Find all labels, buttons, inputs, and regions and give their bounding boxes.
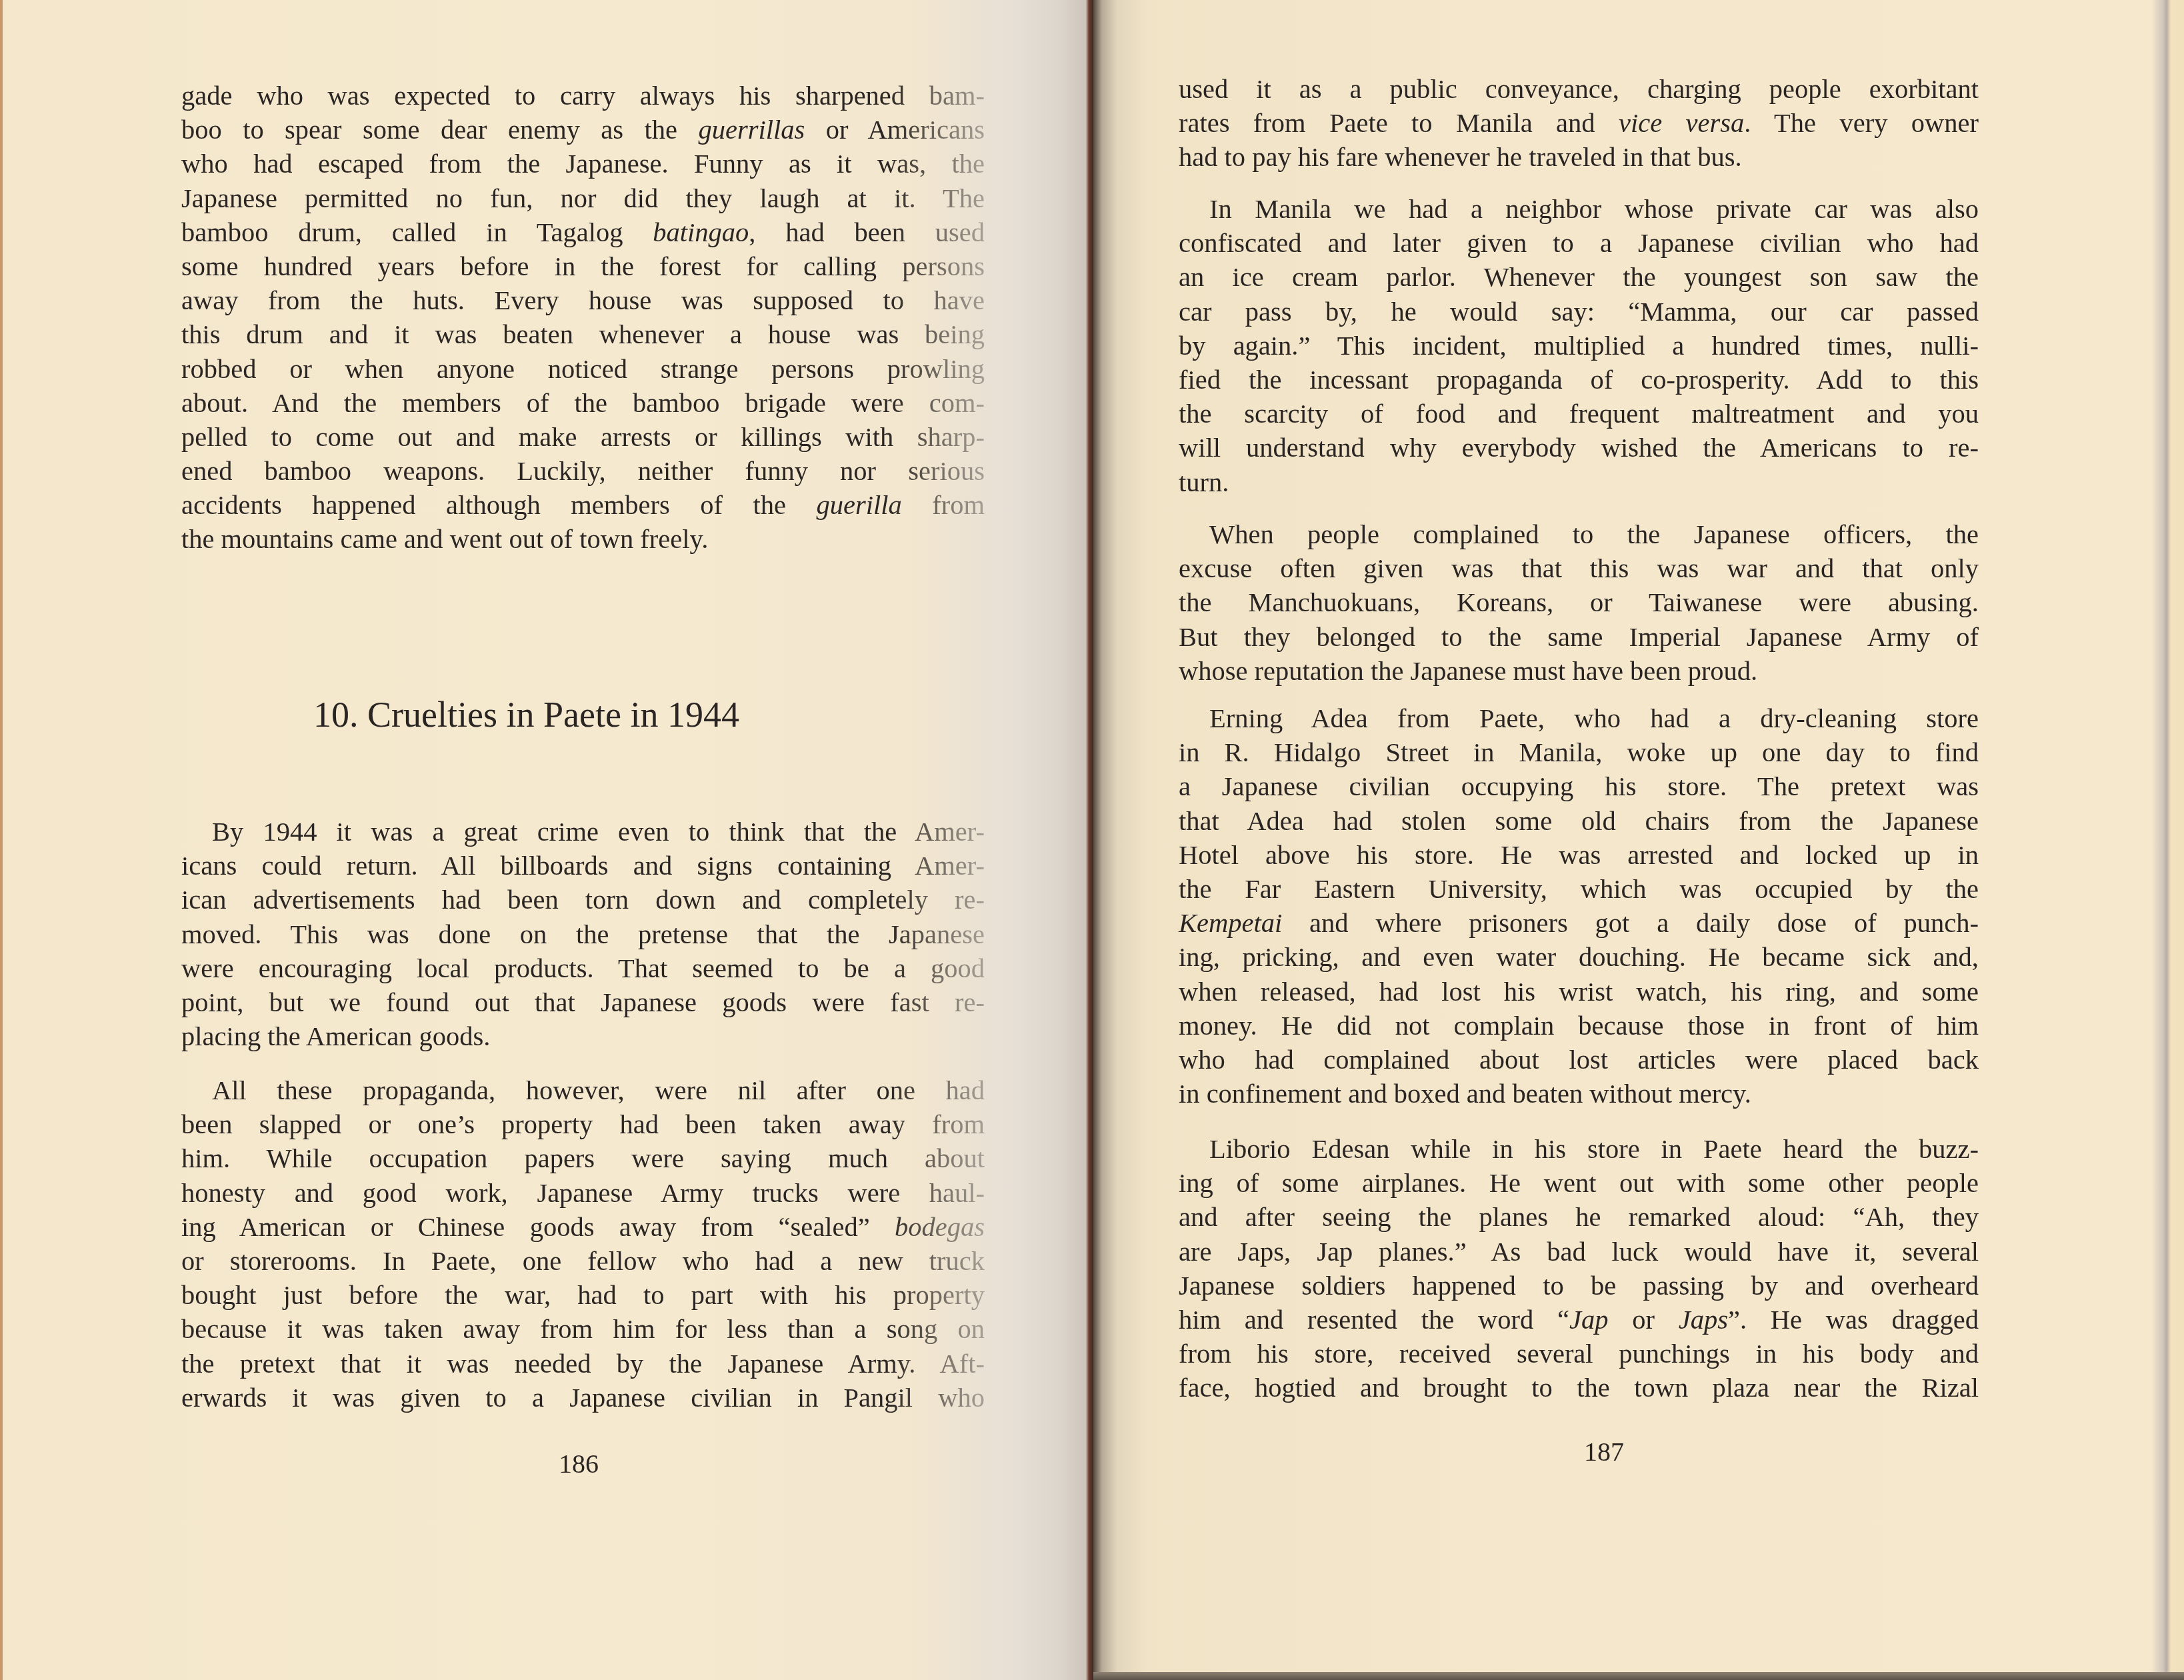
text-run: from [902,490,985,520]
right-paragraph-1: In Manila we had a neighbor whose privat… [1179,192,1979,499]
text-run: the Far Eastern University, which was oc… [1179,874,1979,904]
text-line: pelled to come out and make arrests or k… [181,420,985,454]
text-line: an ice cream parlor. Whenever the younge… [1179,260,1979,294]
text-line: that Adea had stolen some old chairs fro… [1179,804,1979,838]
text-line: gade who was expected to carry always hi… [181,79,985,113]
text-run: point, but we found out that Japanese go… [181,987,985,1017]
text-line: excuse often given was that this was war… [1179,551,1979,585]
text-run: in confinement and boxed and beaten with… [1179,1079,1751,1109]
text-line: car pass by, he would say: “Mamma, our c… [1179,295,1979,329]
text-line: been slapped or one’s property had been … [181,1107,985,1141]
text-run: bamboo drum, called in Tagalog [181,217,653,247]
text-run: ican advertisements had been torn down a… [181,885,985,915]
text-run: are Japs, Jap planes.” As bad luck would… [1179,1237,1979,1267]
text-line: bought just before the war, had to part … [181,1278,985,1312]
text-line: from his store, received several punchin… [1179,1337,1979,1371]
text-line: honesty and good work, Japanese Army tru… [181,1176,985,1210]
text-line: Erning Adea from Paete, who had a dry-cl… [1179,701,1979,735]
text-run: excuse often given was that this was war… [1179,553,1979,583]
text-run: or [1608,1305,1678,1335]
text-run: were encouraging local products. That se… [181,953,985,983]
text-line: boo to spear some dear enemy as the guer… [181,113,985,147]
text-line: ing American or Chinese goods away from … [181,1210,985,1244]
text-run: the mountains came and went out of town … [181,524,708,554]
text-run: away from the huts. Every house was supp… [181,285,985,315]
text-run: In Manila we had a neighbor whose privat… [1209,194,1979,224]
text-run: confiscated and later given to a Japanes… [1179,228,1979,258]
text-run: an ice cream parlor. Whenever the younge… [1179,262,1979,292]
text-run: used it as a public conveyance, charging… [1179,74,1979,104]
text-line: him and resented the word “Jap or Japs”.… [1179,1303,1979,1337]
italic-term: guerrillas [698,115,805,145]
text-line: away from the huts. Every house was supp… [181,283,985,317]
italic-term: Japs [1679,1305,1728,1335]
text-line: Japanese soldiers happened to be passing… [1179,1269,1979,1303]
text-line: By 1944 it was a great crime even to thi… [181,815,985,849]
text-line: face, hogtied and brought to the town pl… [1179,1371,1979,1405]
text-line: who had complained about lost articles w… [1179,1043,1979,1077]
text-line: ican advertisements had been torn down a… [181,883,985,917]
text-line: turn. [1179,465,1979,499]
right-paragraph-2: When people complained to the Japanese o… [1179,517,1979,688]
text-run: whose reputation the Japanese must have … [1179,656,1757,686]
text-line: placing the American goods. [181,1019,985,1053]
text-run: him and resented the word “ [1179,1305,1569,1335]
page-number-right: 187 [1584,1436,1624,1467]
text-run: the Manchuokuans, Koreans, or Taiwanese … [1179,587,1979,617]
text-line: ing of some airplanes. He went out with … [1179,1166,1979,1200]
text-line: All these propaganda, however, were nil … [181,1073,985,1107]
text-run: from his store, received several punchin… [1179,1339,1979,1369]
text-line: by again.” This incident, multiplied a h… [1179,329,1979,363]
text-line: because it was taken away from him for l… [181,1312,985,1346]
text-run: But they belonged to the same Imperial J… [1179,622,1979,652]
text-run: moved. This was done on the pretense tha… [181,919,985,949]
left-continued-paragraph: gade who was expected to carry always hi… [181,79,985,557]
text-run: Liborio Edesan while in his store in Pae… [1209,1134,1979,1164]
text-run: who had complained about lost articles w… [1179,1045,1979,1075]
text-run: been slapped or one’s property had been … [181,1109,985,1139]
text-line: When people complained to the Japanese o… [1179,517,1979,551]
text-run: accidents happened although members of t… [181,490,816,520]
italic-term: guerilla [816,490,901,520]
text-line: the scarcity of food and frequent maltre… [1179,397,1979,431]
text-run: in R. Hidalgo Street in Manila, woke up … [1179,737,1979,767]
text-line: who had escaped from the Japanese. Funny… [181,147,985,181]
text-run: money. He did not complain because those… [1179,1011,1979,1041]
text-line: accidents happened although members of t… [181,488,985,522]
text-run: Hotel above his store. He was arrested a… [1179,840,1979,870]
text-line: had to pay his fare whenever he traveled… [1179,140,1979,174]
text-run: face, hogtied and brought to the town pl… [1179,1373,1979,1403]
text-line: bamboo drum, called in Tagalog batingao,… [181,215,985,249]
text-line: Liborio Edesan while in his store in Pae… [1179,1132,1979,1166]
right-continued-paragraph: used it as a public conveyance, charging… [1179,72,1979,175]
text-line: some hundred years before in the forest … [181,249,985,283]
text-run: rates from Paete to Manila and [1179,108,1619,138]
text-run: All these propaganda, however, were nil … [212,1075,985,1105]
text-line: were encouraging local products. That se… [181,951,985,985]
text-run: boo to spear some dear enemy as the [181,115,698,145]
text-line: point, but we found out that Japanese go… [181,985,985,1019]
text-run: bought just before the war, had to part … [181,1280,985,1310]
text-run: a Japanese civilian occupying his store.… [1179,771,1979,801]
text-line: the mountains came and went out of town … [181,522,985,556]
italic-term: Kempetai [1179,908,1282,938]
text-line: Japanese permitted no fun, nor did they … [181,181,985,215]
text-run: or Americans [805,115,985,145]
text-run: gade who was expected to carry always hi… [181,81,985,111]
text-run: by again.” This incident, multiplied a h… [1179,331,1979,361]
text-line: Hotel above his store. He was arrested a… [1179,838,1979,872]
text-run: that Adea had stolen some old chairs fro… [1179,806,1979,836]
text-line: moved. This was done on the pretense tha… [181,917,985,951]
text-run: Japanese soldiers happened to be passing… [1179,1271,1979,1301]
chapter-heading: 10. Cruelties in Paete in 1944 [313,693,739,736]
text-run: honesty and good work, Japanese Army tru… [181,1178,985,1208]
italic-term: batingao [653,217,749,247]
text-line: him. While occupation papers were saying… [181,1141,985,1175]
text-line: about. And the members of the bamboo bri… [181,386,985,420]
book-cover-edge [0,0,3,1680]
text-run: car pass by, he would say: “Mamma, our c… [1179,297,1979,327]
text-run: By 1944 it was a great crime even to thi… [212,817,985,847]
right-paragraph-3: Erning Adea from Paete, who had a dry-cl… [1179,701,1979,1111]
text-run: the scarcity of food and frequent maltre… [1179,399,1979,429]
text-line: ing, pricking, and even water douching. … [1179,940,1979,974]
text-line: In Manila we had a neighbor whose privat… [1179,192,1979,226]
text-line: the Far Eastern University, which was oc… [1179,872,1979,906]
text-run: when released, had lost his wrist watch,… [1179,977,1979,1007]
text-run: and where prisoners got a daily dose of … [1282,908,1979,938]
text-line: fied the incessant propaganda of co-pros… [1179,363,1979,397]
text-line: robbed or when anyone noticed strange pe… [181,352,985,386]
text-line: used it as a public conveyance, charging… [1179,72,1979,106]
text-run: ”. He was dragged [1728,1305,1979,1335]
text-run: ing American or Chinese goods away from … [181,1212,895,1242]
text-line: But they belonged to the same Imperial J… [1179,620,1979,654]
text-line: or storerooms. In Paete, one fellow who … [181,1244,985,1278]
text-run: the pretext that it was needed by the Ja… [181,1349,985,1379]
text-run: , had been used [749,217,985,247]
text-run: Japanese permitted no fun, nor did they … [181,183,985,213]
left-paragraph-2: All these propaganda, however, were nil … [181,1073,985,1415]
text-line: rates from Paete to Manila and vice vers… [1179,106,1979,140]
text-run: placing the American goods. [181,1021,490,1051]
text-run: fied the incessant propaganda of co-pros… [1179,365,1979,395]
text-line: the Manchuokuans, Koreans, or Taiwanese … [1179,585,1979,619]
italic-term: Jap [1569,1305,1608,1335]
text-line: the pretext that it was needed by the Ja… [181,1347,985,1381]
italic-term: vice versa [1619,108,1744,138]
text-line: ened bamboo weapons. Luckily, neither fu… [181,454,985,488]
text-line: and after seeing the planes he remarked … [1179,1200,1979,1234]
text-run: Erning Adea from Paete, who had a dry-cl… [1209,703,1979,733]
text-run: icans could return. All billboards and s… [181,851,985,881]
text-line: in R. Hidalgo Street in Manila, woke up … [1179,735,1979,769]
text-run: ened bamboo weapons. Luckily, neither fu… [181,456,985,486]
text-run: . The very owner [1744,108,1979,138]
text-run: and after seeing the planes he remarked … [1179,1202,1979,1232]
text-line: are Japs, Jap planes.” As bad luck would… [1179,1235,1979,1269]
text-run: had to pay his fare whenever he traveled… [1179,142,1742,172]
text-line: whose reputation the Japanese must have … [1179,654,1979,688]
text-line: in confinement and boxed and beaten with… [1179,1077,1979,1111]
page-bottom-shadow [1093,1672,2184,1680]
text-run: erwards it was given to a Japanese civil… [181,1383,985,1413]
text-run: ing of some airplanes. He went out with … [1179,1168,1979,1198]
text-run: who had escaped from the Japanese. Funny… [181,149,985,179]
text-run: some hundred years before in the forest … [181,251,985,281]
text-run: pelled to come out and make arrests or k… [181,422,985,452]
text-run: When people complained to the Japanese o… [1209,519,1979,549]
text-line: this drum and it was beaten whenever a h… [181,317,985,351]
italic-term: bodegas [895,1212,985,1242]
text-line: will understand why everybody wished the… [1179,431,1979,465]
text-line: erwards it was given to a Japanese civil… [181,1381,985,1415]
right-paragraph-4: Liborio Edesan while in his store in Pae… [1179,1132,1979,1405]
text-line: Kempetai and where prisoners got a daily… [1179,906,1979,940]
text-run: about. And the members of the bamboo bri… [181,388,985,418]
text-run: turn. [1179,467,1229,497]
text-run: because it was taken away from him for l… [181,1314,985,1344]
page-number-left: 186 [559,1448,599,1479]
text-run: robbed or when anyone noticed strange pe… [181,354,985,384]
text-run: will understand why everybody wished the… [1179,433,1979,463]
text-run: him. While occupation papers were saying… [181,1143,985,1173]
text-run: this drum and it was beaten whenever a h… [181,319,985,349]
text-line: icans could return. All billboards and s… [181,849,985,883]
left-paragraph-1: By 1944 it was a great crime even to thi… [181,815,985,1053]
text-line: confiscated and later given to a Japanes… [1179,226,1979,260]
text-line: when released, had lost his wrist watch,… [1179,975,1979,1009]
text-line: a Japanese civilian occupying his store.… [1179,769,1979,803]
text-run: or storerooms. In Paete, one fellow who … [181,1246,985,1276]
text-run: ing, pricking, and even water douching. … [1179,942,1979,972]
text-line: money. He did not complain because those… [1179,1009,1979,1043]
